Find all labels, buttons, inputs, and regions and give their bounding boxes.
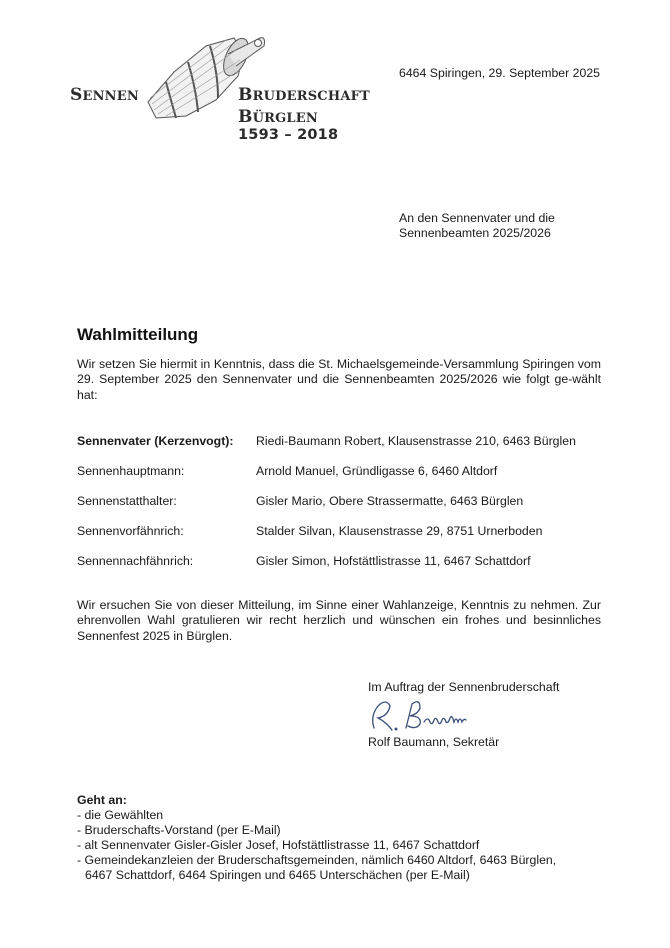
recipient-line: Sennenbeamten 2025/2026 [399, 226, 555, 241]
intro-paragraph: Wir setzen Sie hiermit in Kenntnis, dass… [77, 357, 601, 403]
official-role: Sennenvater (Kerzenvogt): [77, 434, 233, 448]
officials-list: Sennenvater (Kerzenvogt): Riedi-Baumann … [77, 434, 617, 584]
distribution-list: Geht an: - die Gewählten - Bruderschafts… [77, 793, 556, 883]
official-person: Riedi-Baumann Robert, Klausenstrasse 210… [256, 434, 576, 448]
official-person: Gisler Simon, Hofstättlistrasse 11, 6467… [256, 554, 531, 568]
brotherhood-logo: SENNEN BRUDERSCHAFT BÜRGLEN 1593 – 2018 [68, 24, 368, 149]
distribution-item: - Bruderschafts-Vorstand (per E-Mail) [77, 823, 556, 838]
handwritten-signature [368, 696, 488, 732]
logo-years: 1593 – 2018 [238, 127, 338, 143]
on-behalf-line: Im Auftrag der Sennenbruderschaft [368, 680, 559, 694]
official-person: Gisler Mario, Obere Strassermatte, 6463 … [256, 494, 523, 508]
official-role: Sennenhauptmann: [77, 464, 184, 478]
document-title: Wahlmitteilung [77, 325, 198, 345]
official-person: Arnold Manuel, Gründligasse 6, 6460 Altd… [256, 464, 497, 478]
distribution-item: - alt Sennenvater Gisler-Gisler Josef, H… [77, 838, 556, 853]
official-row: Sennenstatthalter: Gisler Mario, Obere S… [77, 494, 617, 524]
official-row: Sennennachfähnrich: Gisler Simon, Hofstä… [77, 554, 617, 584]
official-role: Sennenstatthalter: [77, 494, 177, 508]
distribution-item: - die Gewählten [77, 808, 556, 823]
recipient-line: An den Sennenvater und die [399, 211, 555, 226]
logo-word-buerglen: BÜRGLEN [238, 107, 318, 127]
official-role: Sennennachfähnrich: [77, 554, 193, 568]
logo-word-bruderschaft: BRUDERSCHAFT [238, 85, 370, 105]
signatory-name: Rolf Baumann, Sekretär [368, 735, 559, 749]
official-row: Sennenhauptmann: Arnold Manuel, Gründlig… [77, 464, 617, 494]
official-role: Sennenvorfähnrich: [77, 524, 184, 538]
closing-paragraph: Wir ersuchen Sie von dieser Mitteilung, … [77, 598, 601, 644]
recipient-address: An den Sennenvater und die Sennenbeamten… [399, 211, 555, 241]
place-date: 6464 Spiringen, 29. September 2025 [399, 66, 600, 80]
logo-word-sennen: SENNEN [70, 85, 139, 105]
distribution-item-continuation: 6467 Schattdorf, 6464 Spiringen und 6465… [77, 868, 556, 883]
official-person: Stalder Silvan, Klausenstrasse 29, 8751 … [256, 524, 542, 538]
signature-block: Im Auftrag der Sennenbruderschaft Rolf B… [368, 680, 559, 749]
distribution-item: - Gemeindekanzleien der Bruderschaftsgem… [77, 853, 556, 868]
official-row: Sennenvater (Kerzenvogt): Riedi-Baumann … [77, 434, 617, 464]
official-row: Sennenvorfähnrich: Stalder Silvan, Klaus… [77, 524, 617, 554]
distribution-heading: Geht an: [77, 793, 556, 808]
